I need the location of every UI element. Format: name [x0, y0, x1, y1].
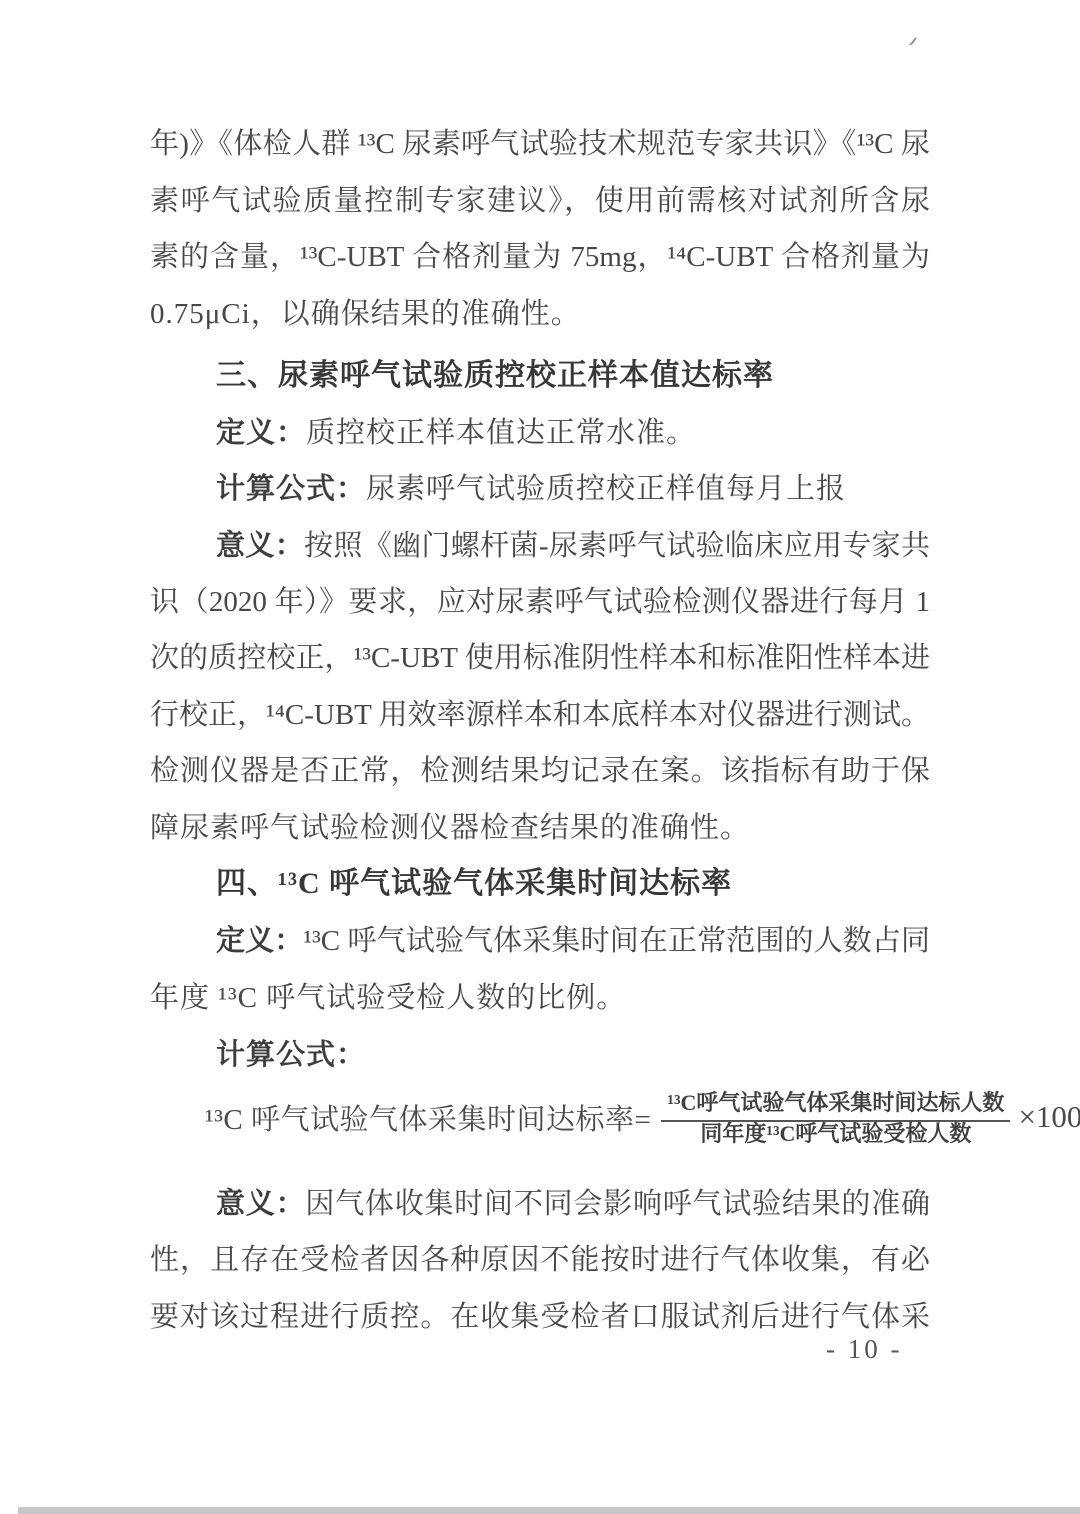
text-line: 素的含量，¹³C-UBT 合格剂量为 75mg，¹⁴C-UBT 合格剂量为: [150, 237, 930, 277]
text-line: 障尿素呼气试验检测仪器检查结果的准确性。: [150, 808, 750, 848]
text-line: 行校正，¹⁴C-UBT 用效率源样本和本底样本对仪器进行测试。: [150, 695, 930, 735]
significance-text: 因气体收集时间不同会影响呼气试验结果的准确: [305, 1188, 930, 1220]
definition-text: ¹³C 呼气试验气体采集时间在正常范围的人数占同: [303, 925, 930, 957]
text-line-content: 行校正，¹⁴C-UBT 用效率源样本和本底样本对仪器进行测试。: [150, 699, 930, 731]
definition-line: 定义：¹³C 呼气试验气体采集时间在正常范围的人数占同: [216, 921, 930, 961]
formula-lhs: ¹³C 呼气试验气体采集时间达标率=: [205, 1097, 651, 1138]
scan-edge-shadow: [18, 1507, 1080, 1514]
text-line: 次的质控校正，¹³C-UBT 使用标准阴性样本和标准阳性样本进: [150, 638, 930, 678]
formula-equation: ¹³C 呼气试验气体采集时间达标率= ¹³C呼气试验气体采集时间达标人数 同年度…: [205, 1086, 1080, 1148]
document-page: 年)》《体检人群 ¹³C 尿素呼气试验技术规范专家共识》《¹³C 尿 素呼气试验…: [0, 0, 1080, 1514]
text-line-content: 素的含量，¹³C-UBT 合格剂量为 75mg，¹⁴C-UBT 合格剂量为: [150, 241, 930, 273]
text-line: 素呼气试验质量控制专家建议》，使用前需核对试剂所含尿: [150, 181, 930, 221]
significance-text: 按照《幽门螺杆菌-尿素呼气试验临床应用专家共: [304, 530, 930, 562]
definition-text: 质控校正样本值达正常水准。: [306, 417, 696, 449]
text-line-content: 次的质控校正，¹³C-UBT 使用标准阴性样本和标准阳性样本进: [150, 642, 930, 674]
text-line: 识（2020 年）》要求，应对尿素呼气试验检测仪器进行每月 1: [150, 582, 930, 622]
formula-fraction: ¹³C呼气试验气体采集时间达标人数 同年度¹³C呼气试验受检人数: [661, 1086, 1010, 1148]
text-line: 检测仪器是否正常，检测结果均记录在案。该指标有助于保: [150, 751, 930, 791]
definition-line: 定义：质控校正样本值达正常水准。: [216, 413, 696, 453]
text-line: 年度 ¹³C 呼气试验受检人数的比例。: [150, 978, 626, 1018]
text-line-content: 性，且存在受检者因各种原因不能按时进行气体收集，有必: [150, 1244, 930, 1276]
page-number: - 10 -: [826, 1334, 902, 1365]
significance-line: 意义：按照《幽门螺杆菌-尿素呼气试验临床应用专家共: [216, 526, 930, 566]
text-line-content: 年度 ¹³C 呼气试验受检人数的比例。: [150, 982, 626, 1014]
text-line-content: 检测仪器是否正常，检测结果均记录在案。该指标有助于保: [150, 755, 930, 787]
significance-label: 意义：: [216, 530, 304, 562]
section-heading-4: 四、¹³C 呼气试验气体采集时间达标率: [216, 864, 732, 904]
text-line: 性，且存在受检者因各种原因不能按时进行气体收集，有必: [150, 1240, 930, 1280]
text-line: 要对该过程进行质控。在收集受检者口服试剂后进行气体采: [150, 1297, 930, 1337]
text-line-content: 识（2020 年）》要求，应对尿素呼气试验检测仪器进行每月 1: [150, 586, 930, 618]
definition-label: 定义：: [216, 417, 306, 449]
scan-artifact-mark: [901, 31, 917, 46]
section-heading-3: 三、尿素呼气试验质控校正样本值达标率: [216, 356, 774, 396]
formula-line: 计算公式：尿素呼气试验质控校正样值每月上报: [216, 469, 846, 509]
formula-label: 计算公式：: [216, 1035, 366, 1075]
formula-multiplier: ×100%: [1018, 1099, 1080, 1135]
text-line-content: 素呼气试验质量控制专家建议》，使用前需核对试剂所含尿: [150, 185, 930, 217]
text-line: 年)》《体检人群 ¹³C 尿素呼气试验技术规范专家共识》《¹³C 尿: [150, 124, 930, 164]
text-line-content: 要对该过程进行质控。在收集受检者口服试剂后进行气体采: [150, 1301, 930, 1333]
formula-text: 尿素呼气试验质控校正样值每月上报: [366, 473, 846, 505]
definition-label: 定义：: [216, 925, 303, 957]
significance-line: 意义：因气体收集时间不同会影响呼气试验结果的准确: [216, 1184, 930, 1224]
text-line-content: 障尿素呼气试验检测仪器检查结果的准确性。: [150, 812, 750, 844]
formula-label: 计算公式：: [216, 473, 366, 505]
formula-denominator: 同年度¹³C呼气试验受检人数: [700, 1116, 971, 1146]
text-line-content: 0.75μCi，以确保结果的准确性。: [150, 298, 581, 330]
significance-label: 意义：: [216, 1188, 305, 1220]
text-line-content: 年)》《体检人群 ¹³C 尿素呼气试验技术规范专家共识》《¹³C 尿: [150, 128, 930, 160]
text-line: 0.75μCi，以确保结果的准确性。: [150, 294, 581, 334]
